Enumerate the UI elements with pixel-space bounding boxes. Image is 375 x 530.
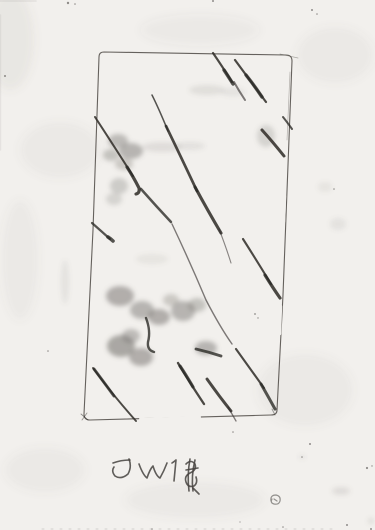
ink-smudge — [148, 309, 170, 325]
ink-smudge — [163, 294, 179, 306]
paper-texture-blotch — [125, 482, 265, 518]
ink-smudge — [106, 193, 122, 205]
paper-texture-blotch — [297, 27, 373, 83]
ink-smudge — [188, 298, 206, 312]
plate-gap — [280, 306, 281, 334]
paper-speck — [232, 431, 234, 433]
print-canvas — [0, 0, 375, 530]
paper-speck — [257, 317, 258, 318]
paper-texture-blotch — [2, 200, 38, 320]
paper-speck — [254, 313, 256, 315]
plate-gap — [284, 196, 285, 222]
paper-texture-blotch — [5, 448, 85, 492]
paper-speck — [4, 75, 6, 77]
ink-smudge — [119, 143, 143, 159]
ink-smudge — [330, 218, 346, 230]
paper-speck — [282, 526, 284, 528]
paper-speck — [239, 521, 240, 522]
paper-speck — [212, 0, 214, 2]
artwork-scan: JW 18 — [0, 0, 375, 530]
ink-smudge — [61, 260, 69, 304]
paper-speck — [316, 13, 318, 15]
paper-texture-blotch — [20, 122, 100, 178]
paper-texture-blotch — [140, 14, 260, 46]
paper-speck — [67, 2, 69, 4]
paper-speck — [301, 456, 303, 458]
paper-speck — [47, 350, 49, 352]
ink-smudge — [115, 158, 133, 170]
ink-smudge — [136, 254, 168, 264]
paper-speck — [333, 188, 335, 190]
paper-speck — [74, 3, 76, 5]
paper-speck — [311, 9, 313, 11]
ink-smudge — [106, 286, 134, 306]
paper-speck — [371, 465, 372, 466]
paper-speck — [366, 467, 368, 469]
ink-smudge — [332, 487, 350, 495]
paper-speck — [309, 443, 311, 445]
ink-smudge — [318, 182, 332, 192]
ink-smudge — [368, 518, 374, 524]
paper-speck — [346, 524, 348, 526]
ink-smudge — [175, 142, 205, 150]
ink-smudge — [189, 85, 225, 95]
ink-smudge — [110, 178, 128, 194]
